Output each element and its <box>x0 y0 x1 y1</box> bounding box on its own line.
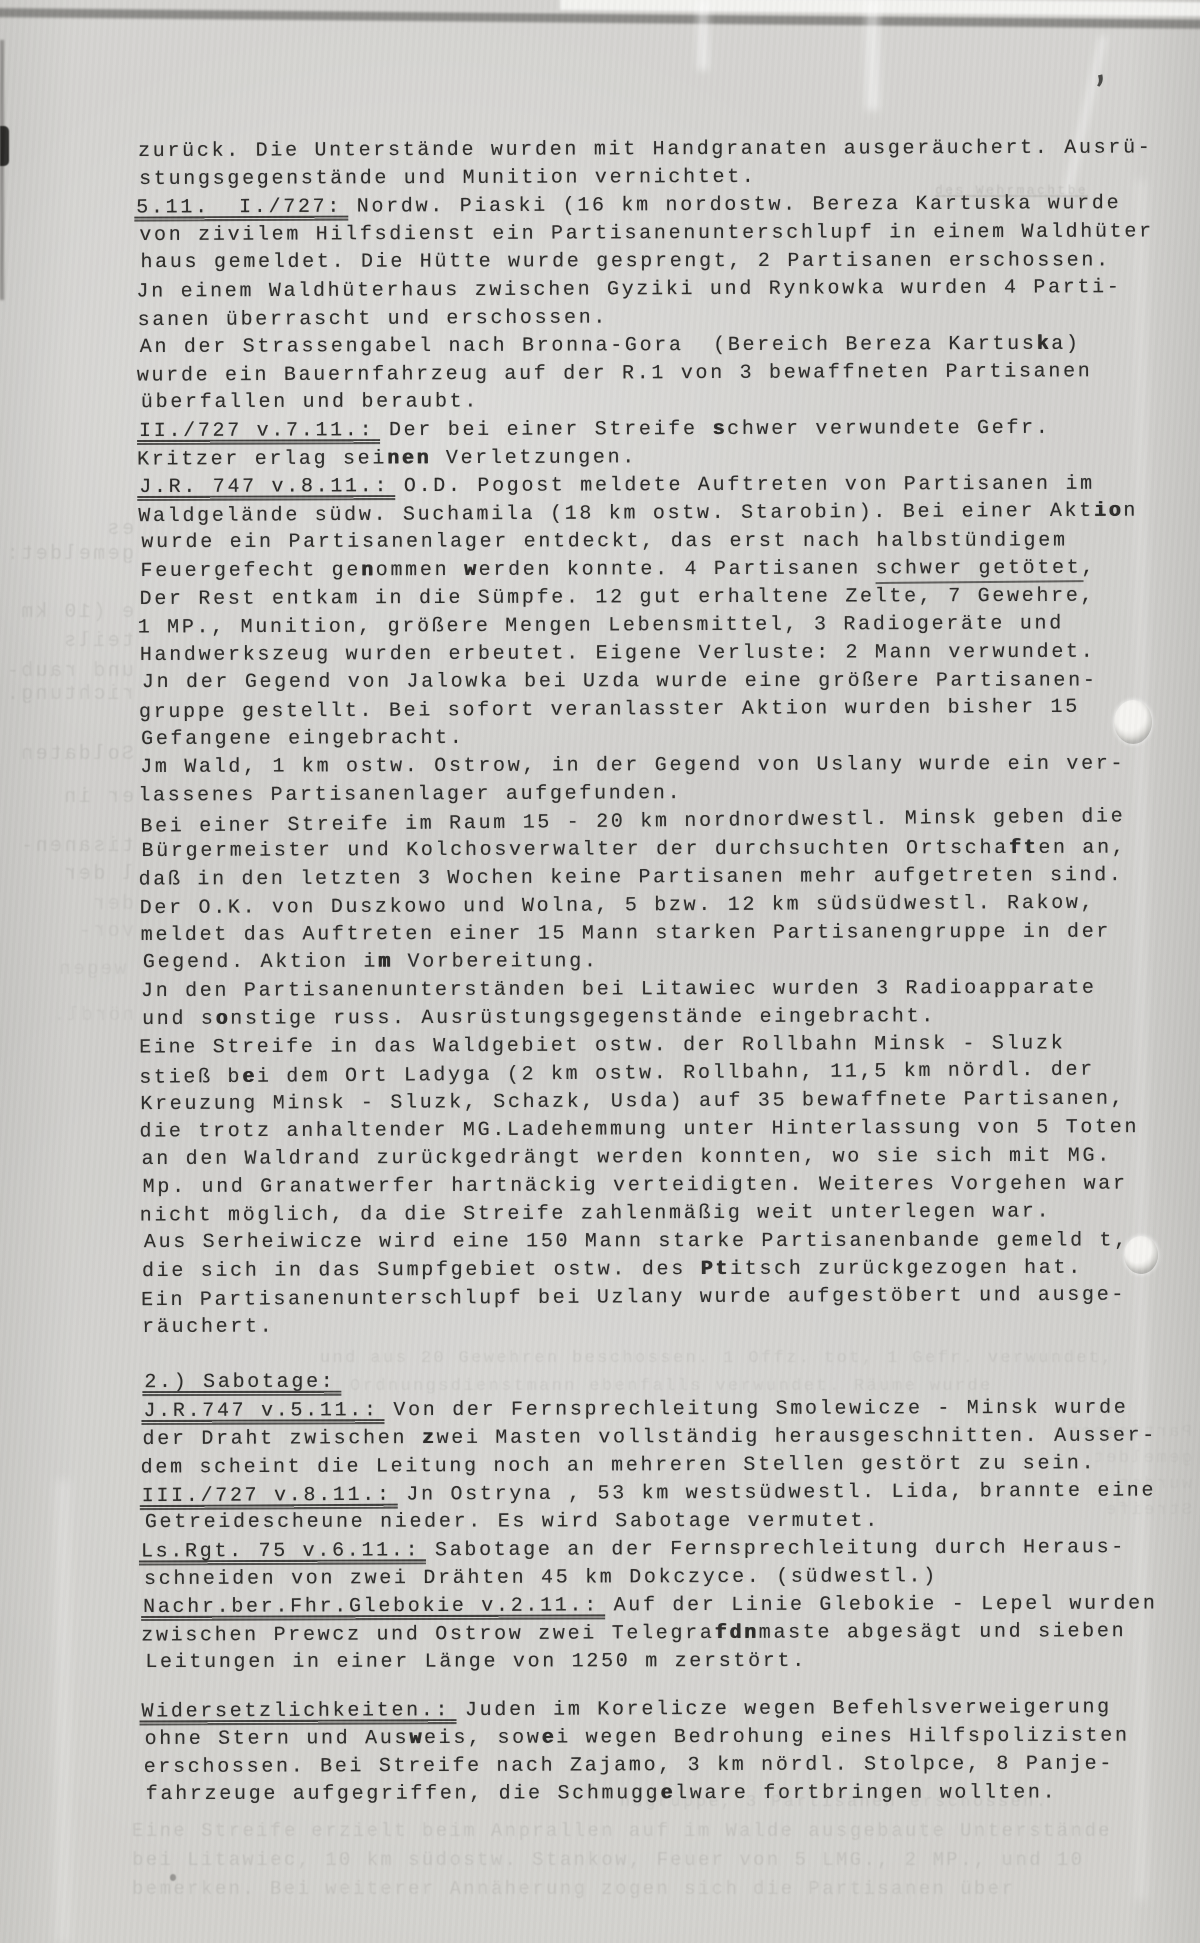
text-segment: i dem Ort Ladyga (2 km ostw. Rollbahn, 1… <box>257 1058 1095 1088</box>
text-segment: zwischen Prewcz und Ostrow zwei Telegra <box>141 1622 714 1648</box>
ghost-text: bei Litawiec, 10 km südostw. Stankow, Fe… <box>132 1851 1084 1870</box>
ghost-text: Soldaten <box>19 745 134 765</box>
underlined-heading: III./727 v.8.11.: <box>142 1484 392 1508</box>
ghost-text: nördl. <box>51 1006 134 1025</box>
text-segment: Getreidescheune nieder. Es wird Sabotage… <box>145 1510 880 1534</box>
text-segment: nicht möglich, da die Streife zahlenmäßi… <box>140 1200 1052 1227</box>
text-line: II./727 v.7.11.: Der bei einer Streife s… <box>139 414 1195 446</box>
text-segment: Gefangene eingebracht. <box>141 727 465 751</box>
text-segment: Leitungen in einer Länge von 1250 m zers… <box>145 1650 807 1674</box>
text-segment: O.D. Pogost meldete Auftreten von Partis… <box>389 473 1095 498</box>
text-segment: nen <box>387 447 431 470</box>
ghost-text: teils <box>62 632 134 652</box>
text-segment: Feuergefecht ge <box>140 559 361 583</box>
text-line: Kritzer erlag seinen Verletzungen. <box>137 442 1193 475</box>
text-line: Leitungen in einer Länge von 1250 m zers… <box>145 1647 1200 1677</box>
text-segment: w <box>409 1727 424 1750</box>
text-segment: Mp. und Granatwerfer hartnäckig verteidi… <box>143 1173 1128 1199</box>
text-segment: an den Waldrand zurückgedrängt werden ko… <box>142 1145 1112 1171</box>
text-segment: Der Rest entkam in die Sümpfe. 12 gut er… <box>140 585 1096 611</box>
underlined-heading: 2.) Sabotage: <box>144 1371 335 1394</box>
text-line: Jn den Partisanenunterständen bei Litawi… <box>141 974 1197 1006</box>
ghost-text: und raub- <box>4 662 134 682</box>
text-segment: Jn Ostryna , 53 km westsüdwestl. Lida, b… <box>392 1479 1157 1506</box>
text-segment: maste abgesägt und sieben <box>759 1620 1127 1645</box>
ghost-text: Eine Streife erzielt beim Anprallen auf … <box>132 1822 1112 1841</box>
text-segment: lassenes Partisanenlager aufgefunden. <box>138 782 682 807</box>
text-segment: Kritzer erlag sei <box>137 447 387 471</box>
text-segment: ft <box>1009 837 1038 860</box>
text-segment: und s <box>142 1008 216 1031</box>
ghost-text: er in <box>62 788 134 808</box>
text-segment: Jn der Gegend von Jalowka bei Uzda wurde… <box>142 669 1098 694</box>
text-segment: haus gemeldet. Die Hütte wurde gesprengt… <box>140 249 1110 274</box>
text-line: erschossen. Bei Streife nach Zajamo, 3 k… <box>144 1750 1200 1782</box>
scanned-document-page: ’ des Wehrmachtbeesgemeldet:e (10 kmteil… <box>0 0 1200 1943</box>
text-line: Bürgermeister und Kolchosverwalter der d… <box>141 834 1197 866</box>
text-segment: Von der Fernsprechleitung Smolewicze - M… <box>379 1397 1129 1423</box>
text-segment: k <box>1037 333 1052 356</box>
text-line: überfallen und beraubt. <box>141 387 1197 417</box>
text-segment: überfallen und beraubt. <box>141 390 479 414</box>
text-line: wurde ein Bauernfahrzeug auf der R.1 von… <box>137 358 1193 391</box>
text-segment: Der bei einer Streife <box>374 418 712 442</box>
ghost-text: tisanen- <box>19 837 134 857</box>
text-segment: Nordw. Piaski (16 km nordostw. Bereza Ka… <box>342 192 1121 219</box>
text-segment: Jn einem Waldhüterhaus zwischen Gyziki u… <box>136 276 1121 303</box>
text-segment: io <box>1094 500 1124 523</box>
underlined-heading: J.R.747 v.5.11.: <box>143 1399 378 1423</box>
underlined-heading: II./727 v.7.11.: <box>139 419 374 443</box>
text-segment: die trotz anhaltender MG.Ladehemmung unt… <box>139 1116 1139 1144</box>
text-segment: , <box>1081 557 1096 580</box>
text-segment: itsch zurückgezogen hat. <box>730 1257 1083 1281</box>
text-line: Ein Partisanenunterschlupf bei Uzlany wu… <box>141 1281 1197 1315</box>
scan-streak <box>866 0 879 110</box>
underlined-heading: Nachr.ber.Fhr.Glebokie v.2.11.: <box>143 1594 599 1619</box>
text-segment: meldet das Auftreten einer 15 Mann stark… <box>141 921 1111 947</box>
text-segment: z <box>422 1427 437 1450</box>
text-segment: ohne Stern und Aus <box>145 1727 410 1751</box>
text-line: Jn der Gegend von Jalowka bei Uzda wurde… <box>142 667 1198 697</box>
text-line: Nachr.ber.Fhr.Glebokie v.2.11.: Auf der … <box>143 1590 1199 1622</box>
ghost-text: bemerken. Bei weiterer Annäherung zogen … <box>132 1880 1015 1899</box>
text-segment: daß in den letzten 3 Wochen keine Partis… <box>139 864 1124 891</box>
text-segment: nstige russ. Ausrüstungsgegenstände eing… <box>230 1005 936 1030</box>
text-line: J.R.747 v.5.11.: Von der Fernsprechleitu… <box>143 1394 1199 1426</box>
ghost-text: l der <box>62 865 134 885</box>
text-segment: sanen überrascht und erschossen. <box>138 306 609 332</box>
text-segment: a) <box>1051 333 1080 356</box>
ghost-text: der <box>91 895 134 915</box>
text-segment: en an, <box>1038 837 1126 860</box>
text-segment: ommen <box>376 559 464 582</box>
text-line: zwischen Prewcz und Ostrow zwei Telegraf… <box>141 1618 1197 1651</box>
text-line: an den Waldrand zurückgedrängt werden ko… <box>142 1142 1198 1174</box>
text-line: haus gemeldet. Die Hütte wurde gesprengt… <box>140 247 1196 277</box>
text-segment: e <box>242 1066 257 1089</box>
text-segment: n <box>361 559 376 582</box>
text-segment: Der O.K. von Duszkowo und Wolna, 5 bzw. … <box>140 892 1096 920</box>
text-line: nicht möglich, da die Streife zahlenmäßi… <box>140 1198 1196 1231</box>
text-line: von zivilem Hilfsdienst ein Partisanenun… <box>139 218 1195 250</box>
text-segment: s <box>712 418 727 441</box>
text-segment: erden konnte. 4 Partisanen <box>479 557 876 581</box>
text-segment: Waldgelände südw. Suchamila (18 km ostw.… <box>138 500 1094 528</box>
text-line: und sonstige russ. Ausrüstungsgegenständ… <box>142 1002 1198 1034</box>
text-segment: Juden im Korelicze wegen Befehlsverweige… <box>450 1696 1112 1722</box>
scan-top-edge-shadow <box>0 8 1200 29</box>
text-segment: fdn <box>715 1622 759 1645</box>
text-segment: von zivilem Hilfsdienst ein Partisanenun… <box>139 220 1154 247</box>
text-segment: erschossen. Bei Streife nach Zajamo, 3 k… <box>144 1753 1114 1779</box>
text-segment: stieß b <box>139 1066 242 1090</box>
text-segment: Jn den Partisanenunterständen bei Litawi… <box>141 977 1097 1003</box>
underlined-heading: J.R. 747 v.8.11.: <box>139 475 389 499</box>
text-line: stungsgegenstände und Munition vernichte… <box>139 162 1195 194</box>
text-line: 1 MP., Munition, größere Mengen Lebensmi… <box>138 610 1194 643</box>
text-segment: eis, sow <box>424 1727 542 1750</box>
text-segment: o <box>216 1008 231 1031</box>
text-line: Der Rest entkam in die Sümpfe. 12 gut er… <box>140 582 1196 614</box>
text-line: Der O.K. von Duszkowo und Wolna, 5 bzw. … <box>140 889 1196 923</box>
text-segment: der Draht zwischen <box>143 1427 422 1451</box>
text-segment: chwer verwundete Gefr. <box>727 417 1051 441</box>
text-line: Mp. und Granatwerfer hartnäckig verteidi… <box>143 1170 1199 1202</box>
text-segment: 1 MP., Munition, größere Mengen Lebensmi… <box>138 612 1064 639</box>
text-segment: Aus Serheiwicze wird eine 150 Mann stark… <box>144 1229 1129 1254</box>
text-segment: schneiden von zwei Drähten 45 km Dokczyc… <box>144 1565 938 1591</box>
text-line: schneiden von zwei Drähten 45 km Dokczyc… <box>144 1562 1200 1594</box>
underlined-heading: Ls.Rgt. 75 v.6.11.: <box>141 1539 420 1563</box>
text-segment: stungsgegenstände und Munition vernichte… <box>139 166 757 191</box>
text-line: die trotz anhaltender MG.Ladehemmung unt… <box>139 1114 1195 1147</box>
ghost-text: es <box>105 520 134 540</box>
document-text: zurück. Die Unterstände wurden mit Handg… <box>138 134 1200 1810</box>
text-segment: Kreuzung Minsk - Sluzk, Schazk, Usda) au… <box>140 1088 1125 1117</box>
text-segment: Ein Partisanenunterschlupf bei Uzlany wu… <box>141 1284 1126 1313</box>
text-segment: fahrzeuge aufgegriffen, die Schmugg <box>146 1782 661 1806</box>
text-line: Waldgelände südw. Suchamila (18 km ostw.… <box>138 497 1194 531</box>
ghost-text: e (10 km <box>19 603 134 623</box>
text-line: ohne Stern und Ausweis, sowei wegen Bedr… <box>145 1722 1200 1754</box>
text-line: zurück. Die Unterstände wurden mit Handg… <box>138 134 1194 166</box>
text-segment: Pt <box>701 1258 730 1281</box>
text-line: 5.11. I./727: Nordw. Piaski (16 km nordo… <box>136 190 1192 223</box>
text-line: der Draht zwischen zwei Masten vollständ… <box>142 1422 1198 1454</box>
text-segment: wurde ein Bauernfahrzeug auf der R.1 von… <box>137 360 1093 387</box>
text-line <box>143 1338 1199 1370</box>
text-segment: Bürgermeister und Kolchosverwalter der d… <box>141 837 1008 863</box>
ghost-text: gemeldet: <box>4 545 134 565</box>
text-segment: m <box>378 951 393 974</box>
text-segment: i wegen Bedrohung eines Hilfspolizisten <box>556 1725 1129 1750</box>
ink-blot <box>0 126 9 166</box>
text-line: Feuergefecht genommen werden konnte. 4 P… <box>140 554 1196 586</box>
text-line: Aus Serheiwicze wird eine 150 Mann stark… <box>144 1227 1200 1257</box>
text-segment: schwer getötet <box>876 557 1082 581</box>
text-segment: Handwerkszeug wurden erbeutet. Eigene Ve… <box>140 641 1096 667</box>
text-segment: n <box>1123 500 1138 523</box>
text-line: An der Strassengabel nach Bronna-Gora (B… <box>140 330 1196 362</box>
text-segment: Bei einer Streife im Raum 15 - 20 km nor… <box>140 805 1125 838</box>
text-line: wurde ein Partisanenlager entdeckt, das … <box>141 527 1197 557</box>
text-segment: Jm Wald, 1 km ostw. Ostrow, in der Gegen… <box>140 753 1125 779</box>
text-segment: räuchert. <box>142 1316 274 1339</box>
ghost-text: vor- <box>76 922 134 942</box>
scan-streak <box>698 0 708 70</box>
ghost-text: wegen <box>57 960 126 979</box>
text-segment: zurück. Die Unterstände wurden mit Handg… <box>138 136 1153 163</box>
text-line: räuchert. <box>142 1310 1198 1342</box>
text-segment: e <box>542 1727 557 1750</box>
text-line: Jm Wald, 1 km ostw. Ostrow, in der Gegen… <box>140 750 1196 782</box>
scan-top-white-edge <box>560 0 1200 16</box>
text-segment: w <box>464 559 479 582</box>
text-line: meldet das Auftreten einer 15 Mann stark… <box>141 918 1197 950</box>
scan-streak <box>56 1480 70 1943</box>
text-line: Getreidescheune nieder. Es wird Sabotage… <box>145 1507 1200 1537</box>
text-segment: An der Strassengabel nach Bronna-Gora (B… <box>140 333 1037 359</box>
text-segment: die sich in das Sumpfgebiet ostw. des <box>142 1258 701 1283</box>
text-segment: Eine Streife in das Waldgebiet ostw. der… <box>139 1032 1065 1059</box>
underlined-heading: 5.11. I./727: <box>136 196 342 220</box>
text-segment: Sabotage an der Fernsprechleitung durch … <box>420 1536 1126 1562</box>
text-segment: dem scheint die Leitung noch an mehreren… <box>141 1452 1097 1479</box>
text-segment: wei Masten vollständig herausgeschnitten… <box>437 1424 1157 1450</box>
handwritten-mark: ’ <box>1089 58 1142 126</box>
text-segment: wurde ein Partisanenlager entdeckt, das … <box>141 529 1067 554</box>
text-line: Gegend. Aktion im Vorbereitung. <box>143 947 1199 977</box>
text-line: Gefangene eingebracht. <box>141 722 1197 754</box>
text-line: fahrzeuge aufgegriffen, die Schmuggelwar… <box>146 1779 1200 1809</box>
text-segment: Gegend. Aktion i <box>143 951 378 974</box>
text-segment: lware fortbringen wollten. <box>675 1781 1057 1805</box>
scan-left-edge-shadow <box>0 40 4 300</box>
ghost-text: richtung. <box>4 685 134 705</box>
text-segment: gruppe gestellt. Bei sofort veranlasster… <box>139 696 1080 724</box>
text-line: Ls.Rgt. 75 v.6.11.: Sabotage an der Fern… <box>141 1534 1197 1567</box>
text-line: Widersetzlichkeiten.: Juden im Korelicze… <box>141 1694 1197 1727</box>
text-line: Handwerkszeug wurden erbeutet. Eigene Ve… <box>140 638 1196 670</box>
underlined-heading: Widersetzlichkeiten.: <box>141 1699 450 1723</box>
text-segment: e <box>660 1782 675 1805</box>
text-line: 2.) Sabotage: <box>144 1367 1200 1397</box>
text-segment: Vorbereitung. <box>393 950 599 973</box>
text-segment: Auf der Linie Glebokie - Lepel wurden <box>599 1592 1158 1617</box>
text-segment: Verletzungen. <box>431 446 637 470</box>
text-line: III./727 v.8.11.: Jn Ostryna , 53 km wes… <box>142 1477 1198 1511</box>
